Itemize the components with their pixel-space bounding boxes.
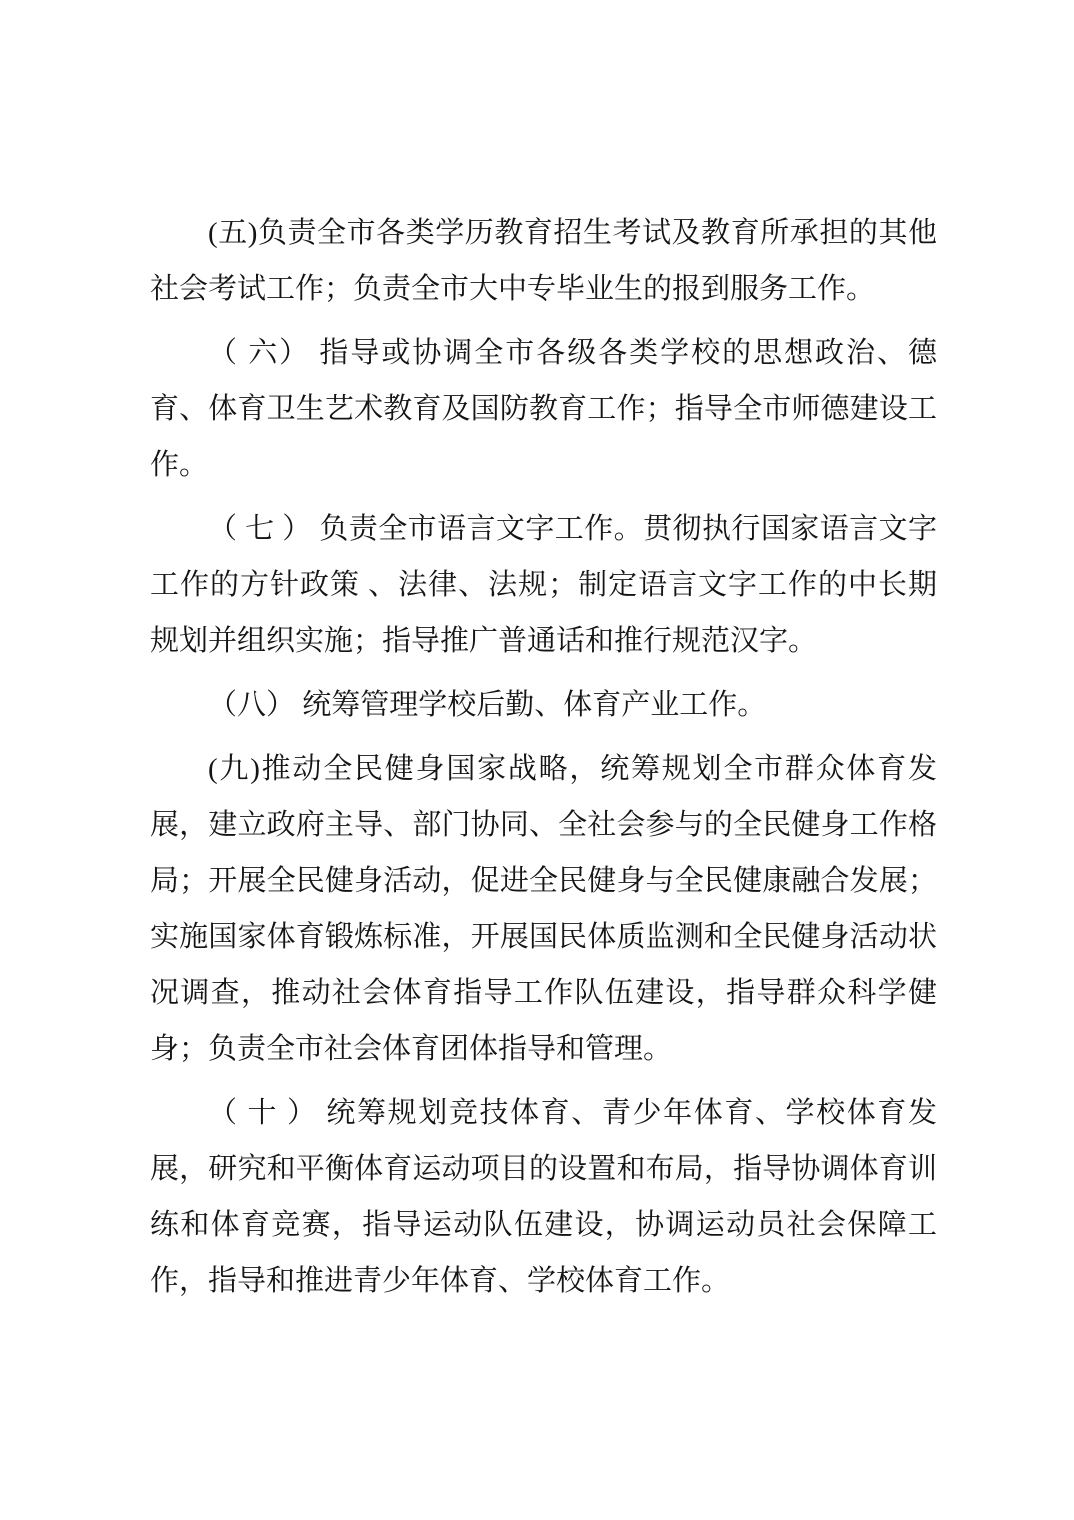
paragraph-item-8: （八） 统筹管理学校后勤、体育产业工作。 [150,677,937,733]
paragraph-item-10: （ 十 ） 统筹规划竞技体育、青少年体育、学校体育发展，研究和平衡体育运动项目的… [150,1085,937,1309]
document-page: (五)负责全市各类学历教育招生考试及教育所承担的其他 社会考试工作；负责全市大中… [0,0,1074,1520]
paragraph-item-5: (五)负责全市各类学历教育招生考试及教育所承担的其他 社会考试工作；负责全市大中… [150,205,937,317]
paragraph-item-6: （ 六） 指导或协调全市各级各类学校的思想政治、德育、体育卫生艺术教育及国防教育… [150,325,937,493]
paragraph-item-7: （ 七 ） 负责全市语言文字工作。贯彻执行国家语言文字工作的方针政策 、法律、法… [150,501,937,669]
document-body: (五)负责全市各类学历教育招生考试及教育所承担的其他 社会考试工作；负责全市大中… [150,205,937,1309]
paragraph-item-9: (九)推动全民健身国家战略，统筹规划全市群众体育发展，建立政府主导、部门协同、全… [150,741,937,1077]
